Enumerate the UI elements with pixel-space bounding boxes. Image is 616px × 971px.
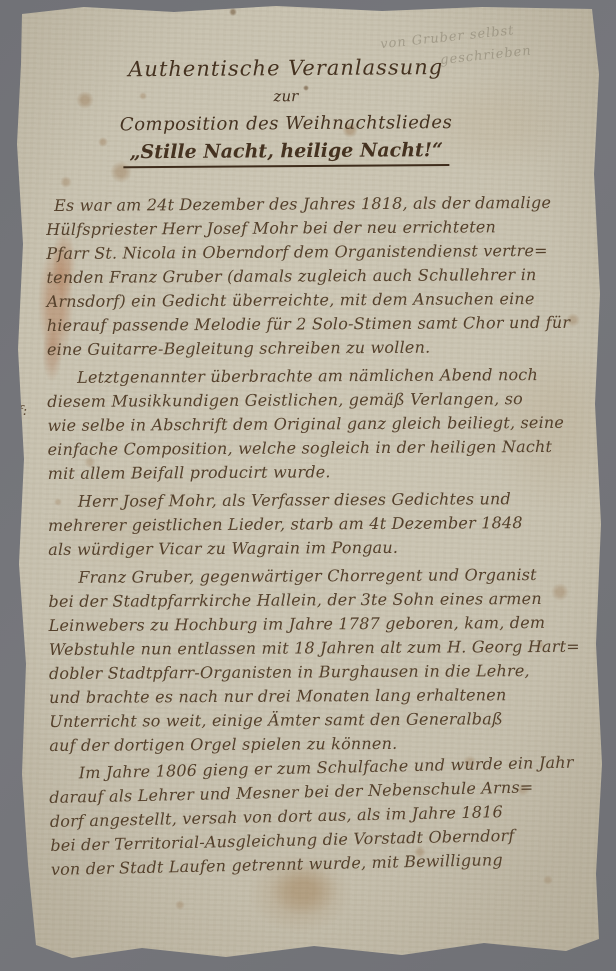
manuscript-line: Pfarr St. Nicola in Oberndorf dem Organi…	[46, 239, 578, 266]
manuscript-line: diesem Musikkundigen Geistlichen, gemäß …	[47, 387, 579, 414]
manuscript-line: als würdiger Vicar zu Wagrain im Pongau.	[48, 535, 580, 562]
title-line: zur	[14, 85, 558, 107]
manuscript-line: eine Guitarre-Begleitung schreiben zu wo…	[47, 335, 579, 362]
scan-background: von Gruber selbst geschrieben Authentisc…	[0, 0, 616, 971]
manuscript-line: Es war am 24t Dezember des Jahres 1818, …	[46, 191, 578, 218]
manuscript-line: hierauf passende Melodie für 2 Solo-Stim…	[47, 311, 579, 338]
manuscript-line: einfache Composition, welche sogleich in…	[47, 435, 579, 462]
manuscript-page: von Gruber selbst geschrieben Authentisc…	[14, 4, 606, 964]
title-line: Authentische Veranlassung	[14, 54, 558, 82]
paragraph: Franz Gruber, gegenwärtiger Chorregent u…	[48, 563, 581, 758]
manuscript-line: bei der Stadtpfarrkirche Hallein, der 3t…	[48, 587, 580, 614]
manuscript-line: mehrerer geistlichen Lieder, starb am 4t…	[48, 511, 580, 538]
title-line: „Stille Nacht, heilige Nacht!“	[14, 138, 558, 169]
manuscript-line: Arnsdorf) ein Gedicht überreichte, mit d…	[47, 287, 579, 314]
paragraph: Letztgenannter überbrachte am nämlichen …	[47, 363, 580, 486]
manuscript-line: dobler Stadtpfarr-Organisten in Burghaus…	[49, 659, 581, 686]
manuscript-body: Es war am 24t Dezember des Jahres 1818, …	[46, 191, 582, 886]
manuscript-line: und brachte es nach nur drei Monaten lan…	[49, 683, 581, 710]
manuscript-line: Franz Gruber, gegenwärtiger Chorregent u…	[48, 563, 580, 590]
manuscript-line: Herr Josef Mohr, als Verfasser dieses Ge…	[48, 487, 580, 514]
margin-mark: f:	[18, 404, 27, 419]
manuscript-line: Letztgenannter überbrachte am nämlichen …	[47, 363, 579, 390]
manuscript-line: Hülfspriester Herr Josef Mohr bei der ne…	[46, 215, 578, 242]
title-block: Authentische Veranlassung zur Compositio…	[14, 54, 607, 169]
manuscript-line: tenden Franz Gruber (damals zugleich auc…	[46, 263, 578, 290]
title-underline: „Stille Nacht, heilige Nacht!“	[123, 139, 449, 168]
manuscript-line: Webstuhle nun entlassen mit 18 Jahren al…	[49, 635, 581, 662]
title-line: Composition des Weihnachtsliedes	[14, 111, 558, 136]
paragraph: Es war am 24t Dezember des Jahres 1818, …	[46, 191, 579, 362]
manuscript-line: Unterricht so weit, einige Ämter samt de…	[49, 707, 581, 734]
manuscript-line: mit allem Beifall producirt wurde.	[48, 459, 580, 486]
manuscript-line: wie selbe in Abschrift dem Original ganz…	[47, 411, 579, 438]
paragraph: Herr Josef Mohr, als Verfasser dieses Ge…	[48, 487, 580, 562]
manuscript-line: Leinwebers zu Hochburg im Jahre 1787 geb…	[49, 611, 581, 638]
paragraph: Im Jahre 1806 gieng er zum Schulfache un…	[49, 750, 583, 882]
